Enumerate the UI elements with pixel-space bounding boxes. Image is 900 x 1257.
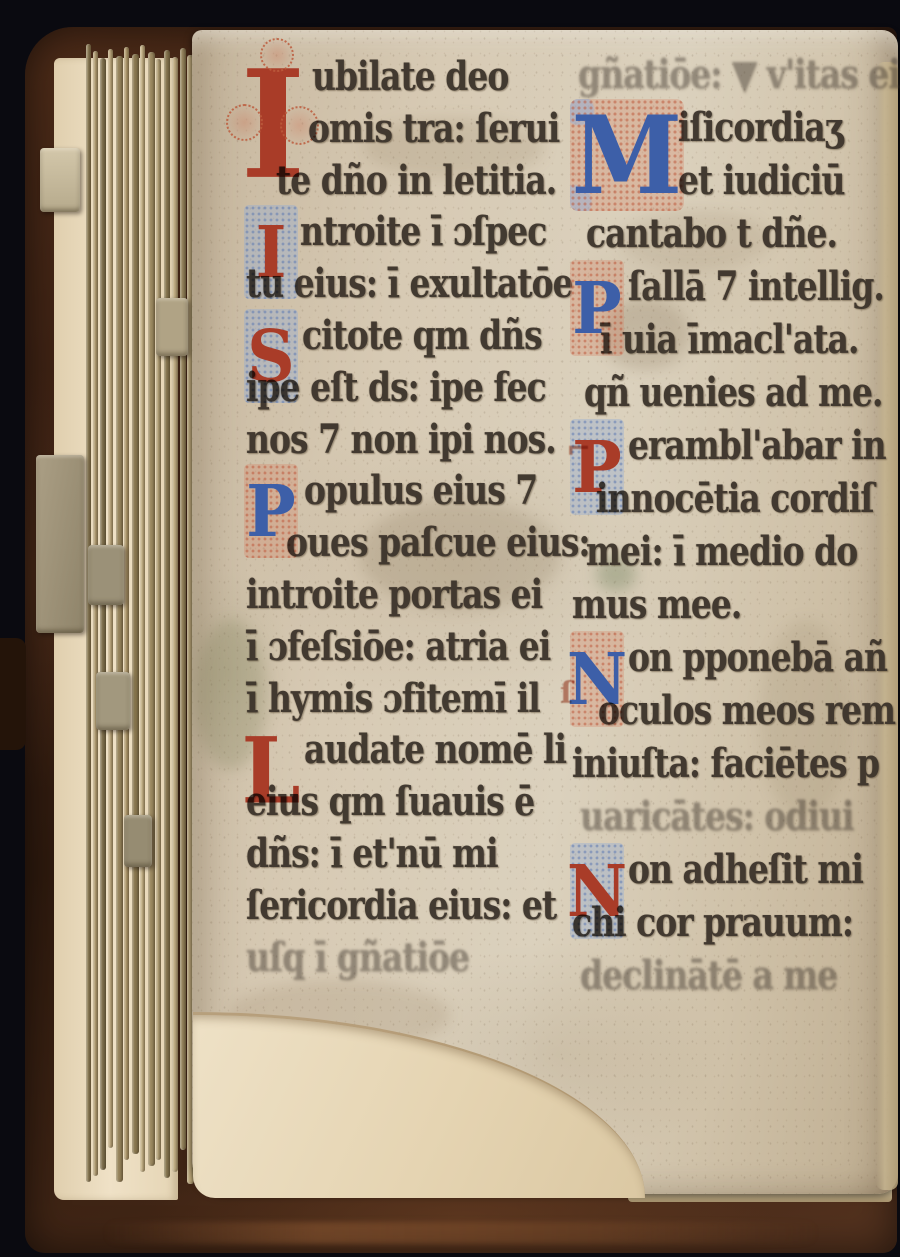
text-line: opulus eius 7 bbox=[304, 466, 537, 514]
text-line-content: oues paſcue eius: bbox=[286, 518, 590, 566]
initial-letter: N bbox=[567, 637, 627, 721]
text-line: innocētia cordiſ bbox=[596, 474, 874, 522]
leaf-edge-strip bbox=[148, 52, 155, 1166]
text-line-content: audate nomē li bbox=[304, 725, 566, 773]
leaf-edge-stack bbox=[86, 44, 194, 1184]
text-line: uaricātes: odiui bbox=[580, 792, 853, 840]
page-tab bbox=[36, 455, 84, 633]
text-line-content: uaricātes: odiui bbox=[580, 792, 853, 840]
page-tab bbox=[40, 148, 80, 212]
text-line-content: ubilate deo bbox=[312, 52, 508, 100]
manuscript-photo: ubilate deoIomis tra: ſeruite dño in let… bbox=[0, 0, 900, 1257]
text-line: ubilate deo bbox=[312, 52, 508, 100]
text-line-content: iniuſta: faciētes p bbox=[572, 739, 879, 787]
decorated-initial: N bbox=[570, 631, 624, 727]
text-column-left: ubilate deoIomis tra: ſeruite dño in let… bbox=[246, 52, 564, 1002]
initial-letter: I bbox=[256, 210, 287, 294]
leaf-edge-strip bbox=[156, 59, 161, 1160]
leaf-edge-strip bbox=[86, 44, 91, 1182]
text-line: iniuſta: faciētes p bbox=[572, 739, 879, 787]
text-line: ſallā 7 intellig. bbox=[628, 262, 884, 310]
penwork-rosette bbox=[226, 104, 263, 141]
decorated-initial: P bbox=[570, 260, 624, 356]
text-line-content: oculos meos rem bbox=[598, 686, 895, 734]
text-line: mus mee. bbox=[572, 580, 741, 628]
leaf-edge-strip bbox=[116, 56, 123, 1182]
leaf-edge-strip bbox=[124, 47, 129, 1160]
text-line: dñs: ī et'nū mi bbox=[246, 829, 498, 877]
clasp-remnant bbox=[0, 638, 26, 750]
text-line-content: opulus eius 7 bbox=[304, 466, 537, 514]
decorated-initial: I bbox=[244, 205, 298, 299]
text-line: te dño in letitia. bbox=[276, 156, 556, 204]
text-line-content: dñs: ī et'nū mi bbox=[246, 829, 498, 877]
decorated-initial: M bbox=[570, 99, 684, 211]
text-line: omis tra: ſerui bbox=[308, 104, 559, 152]
text-line-content: iſicordiaʒ bbox=[678, 103, 843, 151]
text-line-content: citote qm dñs bbox=[302, 311, 542, 359]
text-line: iſicordiaʒ bbox=[678, 103, 843, 151]
text-line-content: ī uia īmacl'ata. bbox=[600, 315, 859, 363]
text-line-content: et iudiciū bbox=[678, 156, 845, 204]
text-line: uſq ī gñatiōe bbox=[246, 933, 469, 981]
page-tab bbox=[124, 815, 152, 867]
text-line-content: ſericordia eius: et bbox=[246, 881, 556, 929]
text-line-content: on adheſit mi bbox=[628, 845, 863, 893]
text-line: ī uia īmacl'ata. bbox=[600, 315, 859, 363]
text-line-content: te dño in letitia. bbox=[276, 156, 556, 204]
leaf-edge-strip bbox=[132, 54, 139, 1154]
initial-letter: M bbox=[572, 91, 683, 218]
decorated-initial: L bbox=[244, 723, 298, 817]
decorated-initial: I bbox=[244, 48, 302, 200]
text-line-content: nos 7 non ipi nos. bbox=[246, 415, 556, 463]
leaf-edge-strip bbox=[93, 51, 98, 1176]
page-tab bbox=[88, 545, 124, 605]
leaf-edge-strip bbox=[172, 57, 178, 1172]
text-line-content: erambl'abar in bbox=[628, 421, 886, 469]
leaf-edge-strip bbox=[164, 50, 170, 1178]
red-margin-mark: ſ bbox=[560, 676, 573, 711]
decorated-initial: N bbox=[570, 843, 624, 939]
text-line: oculos meos rem bbox=[598, 686, 895, 734]
initial-letter: P bbox=[572, 266, 622, 350]
text-line: ntroite ī ɔſpec bbox=[300, 207, 546, 255]
penwork-rosette bbox=[260, 38, 294, 72]
page-tab bbox=[96, 672, 130, 730]
leaf-edge-strip bbox=[180, 48, 186, 1150]
leaf-edge-strip bbox=[140, 45, 145, 1172]
text-line-content: omis tra: ſerui bbox=[308, 104, 559, 152]
text-line-content: mus mee. bbox=[572, 580, 741, 628]
text-line-content: uſq ī gñatiōe bbox=[246, 933, 469, 981]
text-line: oues paſcue eius: bbox=[286, 518, 590, 566]
text-line: qñ uenies ad me. bbox=[584, 368, 882, 416]
text-line-content: ntroite ī ɔſpec bbox=[300, 207, 546, 255]
text-line: audate nomē li bbox=[304, 725, 566, 773]
red-margin-mark: ⌐ bbox=[566, 432, 591, 467]
leaf-edge-strip bbox=[100, 58, 106, 1170]
text-line: declinātē a me bbox=[580, 951, 837, 999]
text-line-content: innocētia cordiſ bbox=[596, 474, 874, 522]
page-tab bbox=[156, 298, 188, 356]
text-line-content: on pponebā añ bbox=[628, 633, 887, 681]
text-line: nos 7 non ipi nos. bbox=[246, 415, 556, 463]
text-line: ſericordia eius: et bbox=[246, 881, 556, 929]
penwork-rosette bbox=[280, 106, 319, 145]
text-line: on pponebā añ bbox=[628, 633, 887, 681]
text-line-content: ī ɔfeſsiōe: atria ei bbox=[246, 622, 550, 670]
text-line: erambl'abar in bbox=[628, 421, 886, 469]
text-line: ī hymis ɔfitemī il bbox=[246, 674, 540, 722]
text-line: ī ɔfeſsiōe: atria ei bbox=[246, 622, 550, 670]
text-line-content: introite portas ei bbox=[246, 570, 542, 618]
text-line-content: qñ uenies ad me. bbox=[584, 368, 882, 416]
text-column-right: gñatiōe: ▼ v'itas ei.iſicordiaʒMet iudic… bbox=[572, 50, 892, 1030]
text-line: on adheſit mi bbox=[628, 845, 863, 893]
initial-letter: L bbox=[241, 717, 300, 824]
decorated-initial: S bbox=[244, 309, 298, 403]
text-line-content: ī hymis ɔfitemī il bbox=[246, 674, 540, 722]
text-line: et iudiciū bbox=[678, 156, 845, 204]
text-line-content: declinātē a me bbox=[580, 951, 837, 999]
text-line-content: ſallā 7 intellig. bbox=[628, 262, 884, 310]
initial-letter: P bbox=[246, 469, 296, 553]
text-line-content: mei: ī medio do bbox=[586, 527, 857, 575]
text-line: citote qm dñs bbox=[302, 311, 542, 359]
initial-letter: N bbox=[567, 849, 627, 933]
decorated-initial: P bbox=[244, 464, 298, 558]
initial-letter: S bbox=[247, 314, 295, 398]
text-line: introite portas ei bbox=[246, 570, 542, 618]
text-line: mei: ī medio do bbox=[586, 527, 857, 575]
